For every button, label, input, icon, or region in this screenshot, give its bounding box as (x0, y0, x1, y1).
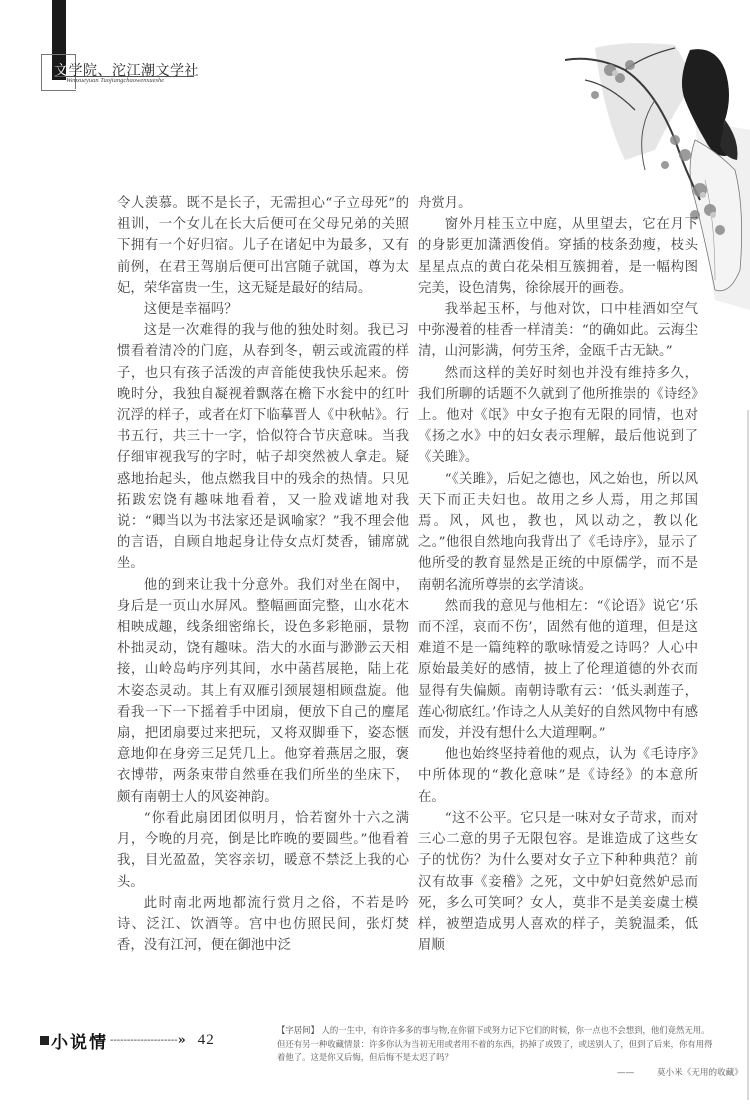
paragraph: 我举起玉杯，与他对饮，口中桂酒如空气中弥漫着的桂香一样清美：“的确如此。云海尘清… (418, 299, 698, 363)
paragraph: 此时南北两地都流行赏月之俗，不若是吟诗、泛江、饮酒等。宫中也仿照民间，张灯焚香，… (117, 893, 409, 957)
page-number: 42 (198, 1032, 215, 1049)
paragraph: “这不公平。它只是一味对女子苛求，而对三心二意的男子无限包容。是谁造成了这些女子… (418, 808, 698, 956)
quote-text: 人的一生中，有许许多多的事与物,在你留下或努力记下它们的时候，你一点也不会想到，… (277, 1025, 713, 1062)
paragraph: 令人羡慕。既不是长子，无需担心“子立母死”的祖训，一个女儿在长大后便可在父母兄弟… (117, 193, 409, 299)
paragraph: 然而我的意见与他相左：“《论语》说它‘乐而不淫，哀而不伤’，固然有他的道理，但是… (418, 596, 698, 744)
paragraph: 他的到来让我十分意外。我们对坐在阁中，身后是一页山水屏风。整幅画面完整，山水花木… (117, 575, 409, 808)
article-left-column: 令人羡慕。既不是长子，无需担心“子立母死”的祖训，一个女儿在长大后便可在父母兄弟… (117, 193, 409, 956)
paragraph: 他也始终坚持着他的观点，认为《毛诗序》中所体现的“教化意味”是《诗经》的本意所在… (418, 744, 698, 808)
quote-attribution: —— 莫小米《无用的收藏》 (617, 1066, 743, 1078)
double-arrow-icon: » (178, 1033, 186, 1048)
footer-folio: 小说情 -------------------- » 42 (40, 1028, 215, 1053)
magazine-name: 小说情 (51, 1028, 108, 1053)
paragraph: 然而这样的美好时刻也并没有维持多久，我们所聊的话题不久就到了他所推崇的《诗经》上… (418, 363, 698, 469)
black-square-icon (40, 1036, 49, 1045)
quote-tag: 【字居间】 (277, 1025, 319, 1035)
footer-quote: 【字居间】 人的一生中，有许许多多的事与物,在你留下或努力记下它们的时候，你一点… (277, 1024, 717, 1065)
page-edge-rule (747, 410, 749, 1100)
paragraph: “《关雎》，后妃之德也，风之始也，所以风天下而正夫妇也。故用之乡人焉，用之邦国焉… (418, 469, 698, 596)
paragraph: 窗外月桂玉立中庭，从里望去，它在月下的身影更加潇洒俊俏。穿插的枝条劲瘦，枝头星星… (418, 214, 698, 299)
leader-dashes: -------------------- (110, 1035, 178, 1046)
paragraph: 这便是幸福吗？ (117, 299, 409, 320)
section-subtitle: Wenxueyuan Tuojiangchaowenxueshe (66, 77, 164, 84)
article-right-column: 舟赏月。 窗外月桂玉立中庭，从里望去，它在月下的身影更加潇洒俊俏。穿插的枝条劲瘦… (418, 193, 698, 956)
attribution-dash: —— (617, 1068, 634, 1078)
attribution-source: 莫小米《无用的收藏》 (657, 1068, 743, 1078)
paragraph: 这是一次难得的我与他的独处时刻。我已习惯看着清冷的门庭，从春到冬，朝云或流霞的样… (117, 320, 409, 574)
paragraph: “你看此扇团团似明月，恰若窗外十六之满月，今晚的月亮，倒是比昨晚的要圆些。”他看… (117, 808, 409, 893)
paragraph: 舟赏月。 (418, 193, 698, 214)
